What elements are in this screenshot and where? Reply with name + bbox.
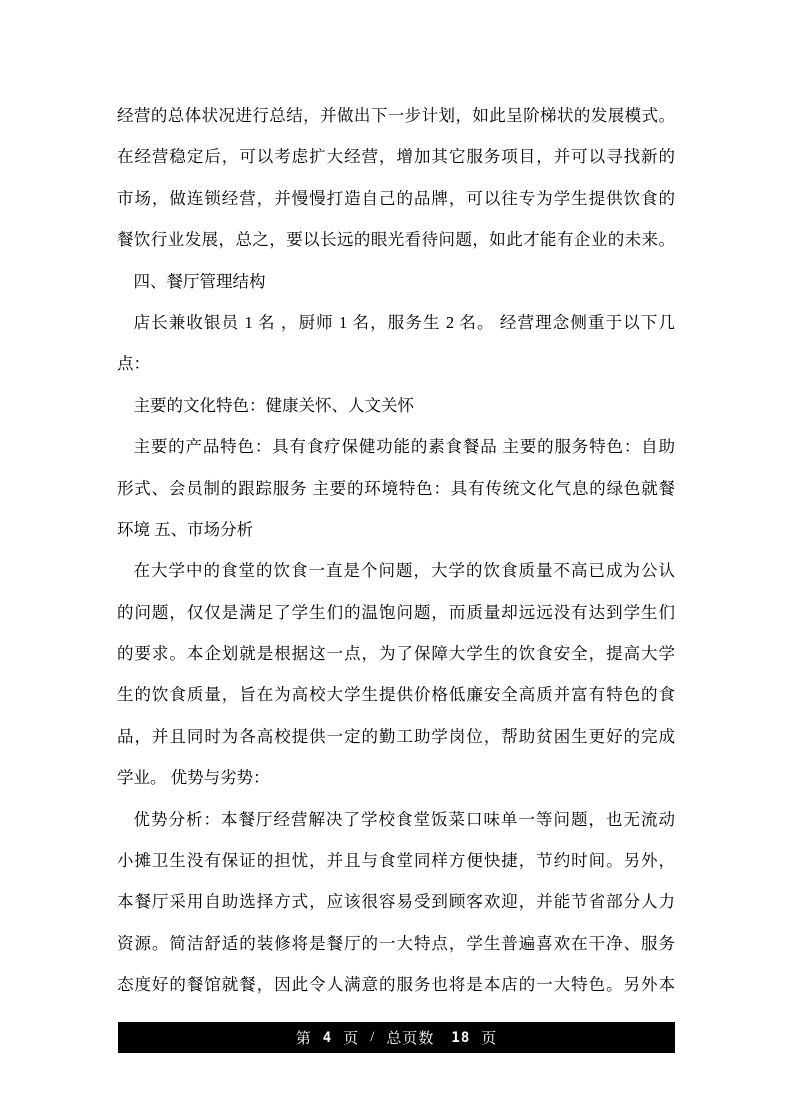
text-line: 品，并且同时为各高校提供一定的勤工助学岗位，帮助贫困生更好的完成 bbox=[117, 716, 675, 757]
text-line: 点： bbox=[117, 343, 675, 384]
text-line: 主要的产品特色：具有食疗保健功能的素食餐品 主要的服务特色：自助 bbox=[117, 426, 675, 467]
total-pages-suffix: 页 bbox=[481, 1027, 497, 1048]
current-page-number: 4 bbox=[323, 1030, 332, 1046]
page-separator: / bbox=[370, 1029, 375, 1046]
section-heading: 环境 五、市场分析 bbox=[117, 509, 675, 550]
page-label-suffix: 页 bbox=[343, 1027, 359, 1048]
text-line: 形式、会员制的跟踪服务 主要的环境特色：具有传统文化气息的绿色就餐 bbox=[117, 468, 675, 509]
text-line: 市场，做连锁经营，并慢慢打造自己的品牌，可以往专为学生提供饮食的 bbox=[117, 178, 675, 219]
text-line: 店长兼收银员 1 名 ，厨师 1 名，服务生 2 名。 经营理念侧重于以下几 bbox=[117, 302, 675, 343]
total-pages-label: 总页数 bbox=[386, 1027, 434, 1048]
text-line: 本餐厅采用自助选择方式，应该很容易受到顾客欢迎，并能节省部分人力 bbox=[117, 881, 675, 922]
page-footer-bar: 第 4 页 / 总页数 18 页 bbox=[118, 1022, 675, 1053]
document-text-block: 经营的总体状况进行总结，并做出下一步计划，如此呈阶梯状的发展模式。 在经营稳定后… bbox=[117, 95, 675, 1006]
document-page: 经营的总体状况进行总结，并做出下一步计划，如此呈阶梯状的发展模式。 在经营稳定后… bbox=[0, 0, 792, 1120]
text-line: 在经营稳定后，可以考虑扩大经营，增加其它服务项目，并可以寻找新的 bbox=[117, 136, 675, 177]
text-line: 经营的总体状况进行总结，并做出下一步计划，如此呈阶梯状的发展模式。 bbox=[117, 95, 675, 136]
text-line: 学业。 优势与劣势： bbox=[117, 757, 675, 798]
section-heading: 四、餐厅管理结构 bbox=[117, 261, 675, 302]
text-line: 小摊卫生没有保证的担忧，并且与食堂同样方便快捷，节约时间。另外， bbox=[117, 840, 675, 881]
text-line: 资源。简洁舒适的装修将是餐厅的一大特点，学生普遍喜欢在干净、服务 bbox=[117, 923, 675, 964]
text-line: 的要求。本企划就是根据这一点，为了保障大学生的饮食安全，提高大学 bbox=[117, 633, 675, 674]
text-line: 餐饮行业发展，总之，要以长远的眼光看待问题，如此才能有企业的未来。 bbox=[117, 219, 675, 260]
text-line: 优势分析：本餐厅经营解决了学校食堂饭菜口味单一等问题，也无流动 bbox=[117, 799, 675, 840]
text-line: 在大学中的食堂的饮食一直是个问题，大学的饮食质量不高已成为公认 bbox=[117, 550, 675, 591]
text-line: 态度好的餐馆就餐，因此令人满意的服务也将是本店的一大特色。另外本 bbox=[117, 964, 675, 1005]
text-line: 主要的文化特色：健康关怀、人文关怀 bbox=[117, 385, 675, 426]
text-line: 的问题，仅仅是满足了学生们的温饱问题，而质量却远远没有达到学生们 bbox=[117, 592, 675, 633]
total-pages-number: 18 bbox=[451, 1030, 470, 1046]
page-label-prefix: 第 bbox=[296, 1027, 312, 1048]
text-line: 生的饮食质量，旨在为高校大学生提供价格低廉安全高质并富有特色的食 bbox=[117, 674, 675, 715]
